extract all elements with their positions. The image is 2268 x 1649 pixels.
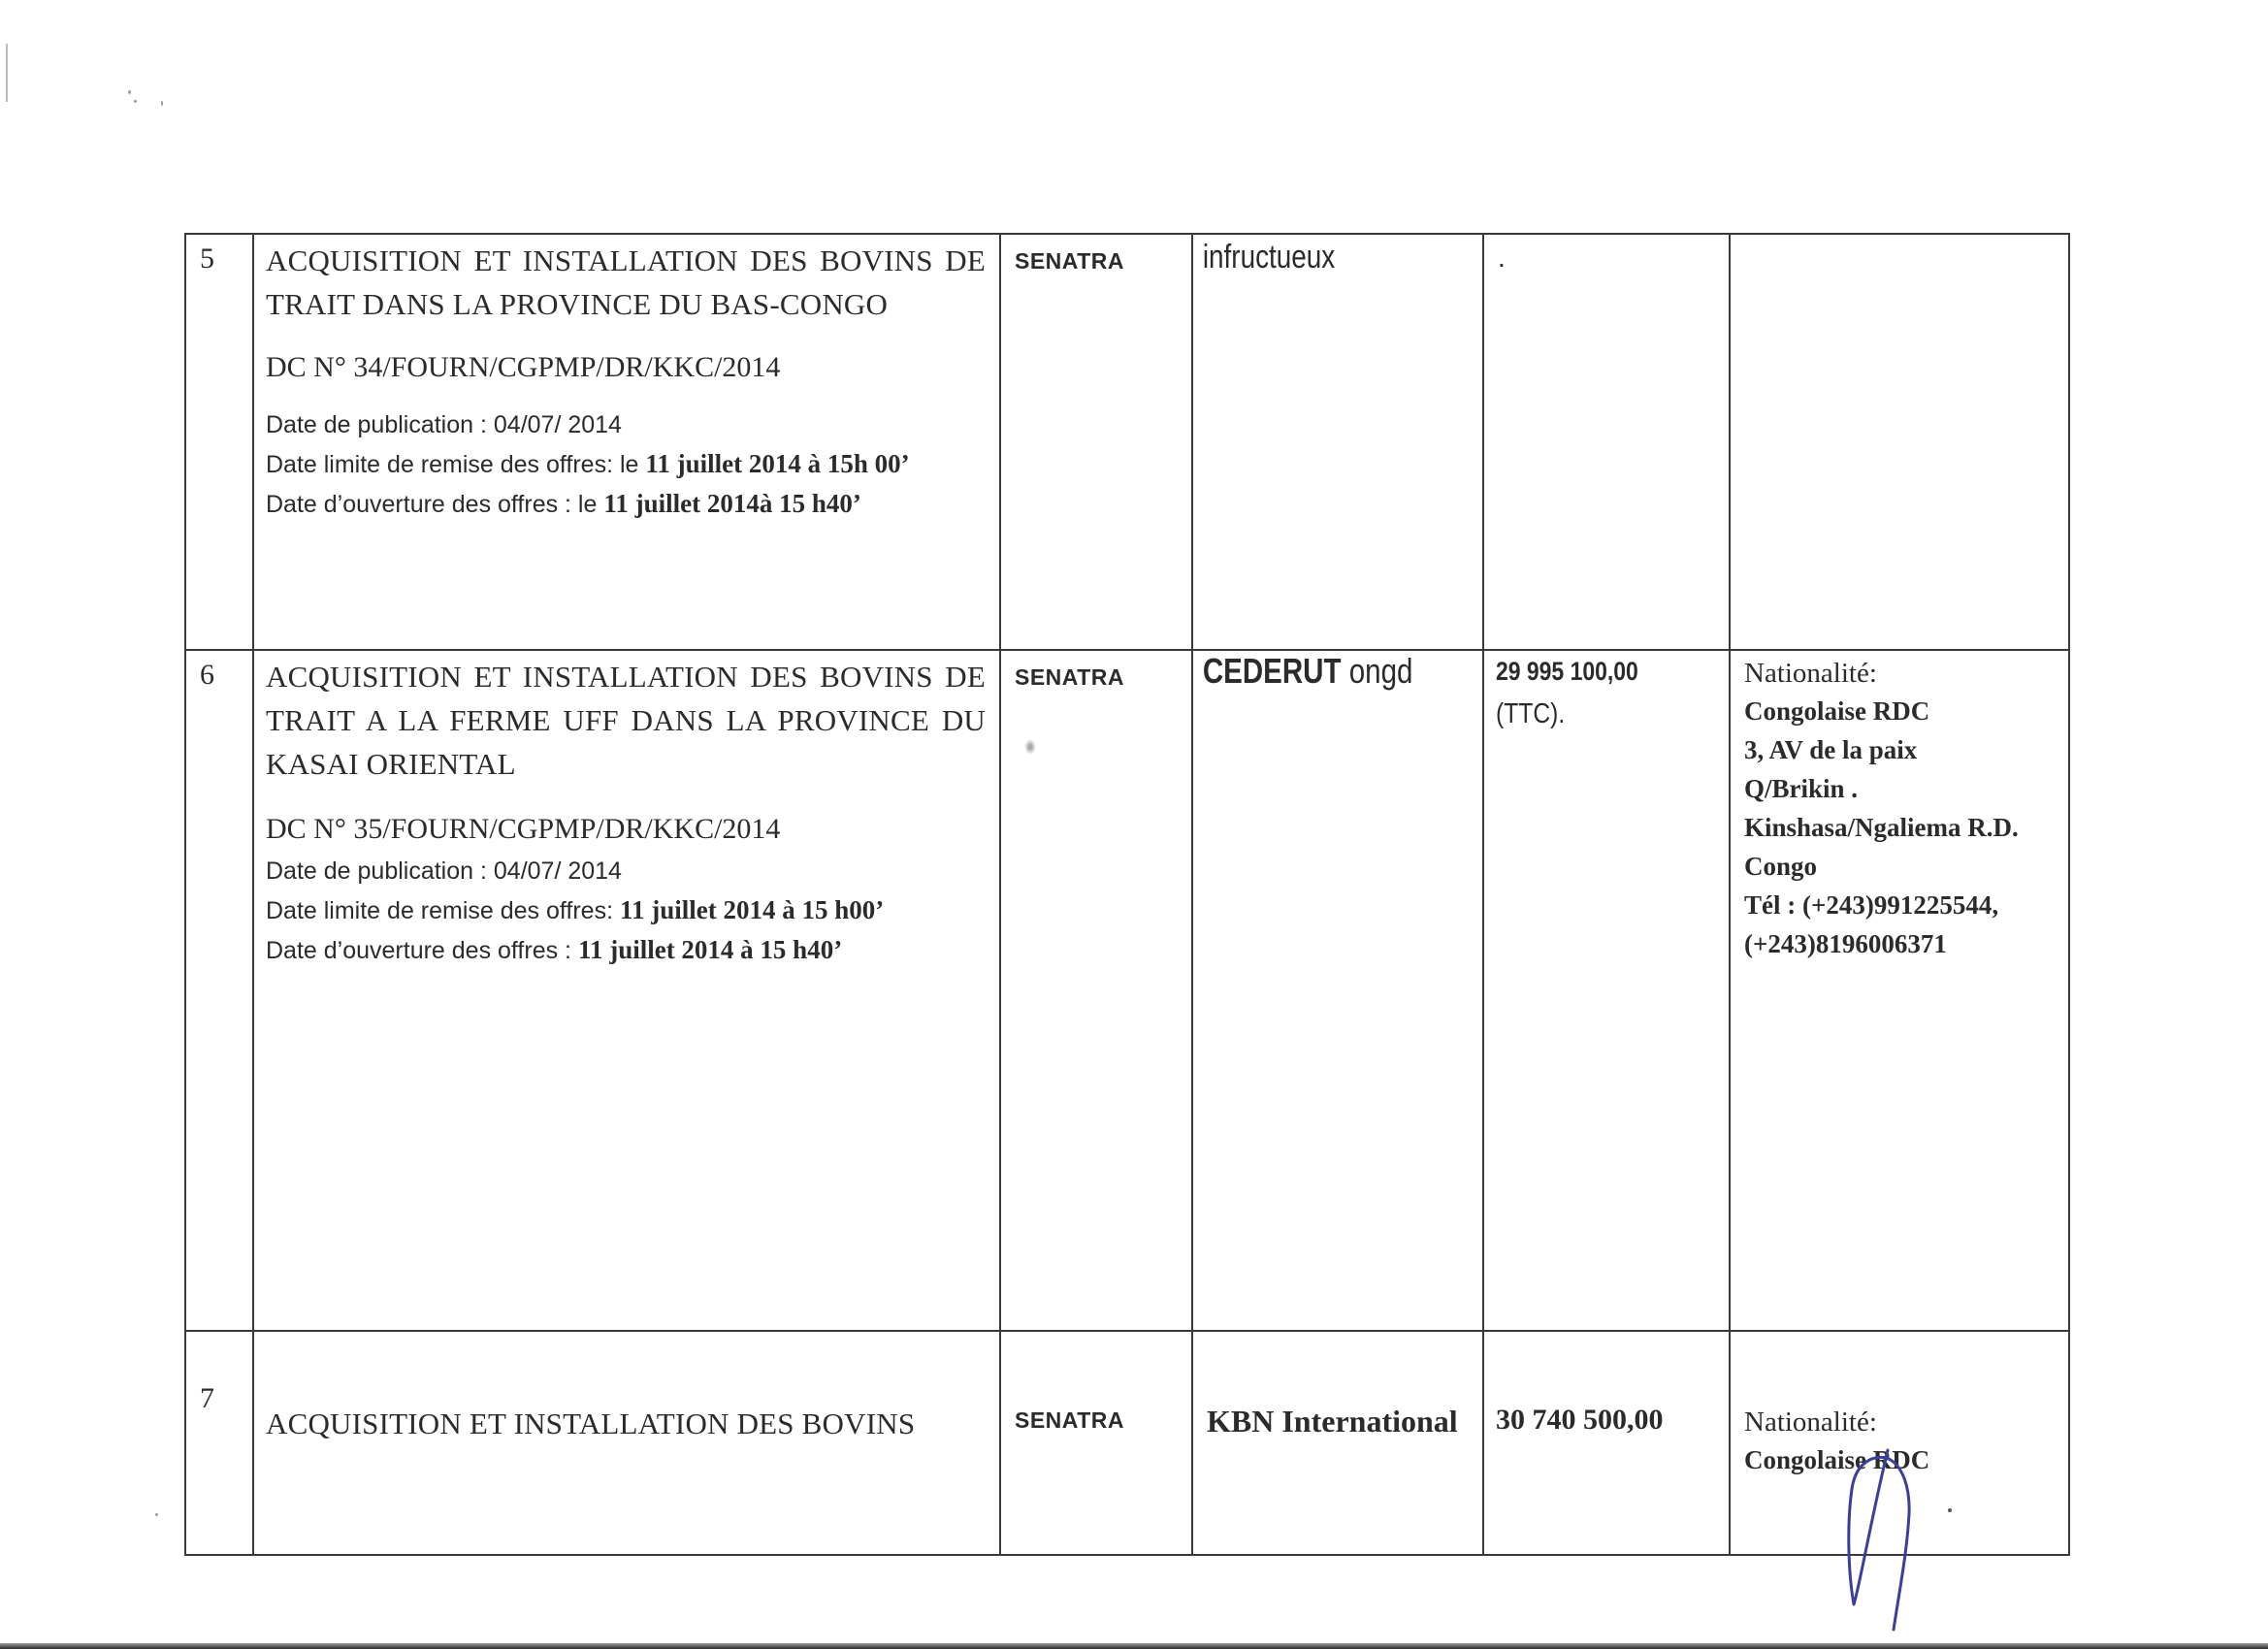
handwritten-signature (0, 0, 2268, 1649)
scan-bottom-edge (0, 1643, 2268, 1649)
scanned-page: 5 ACQUISITION ET INSTALLATION DES BOVINS… (0, 0, 2268, 1649)
